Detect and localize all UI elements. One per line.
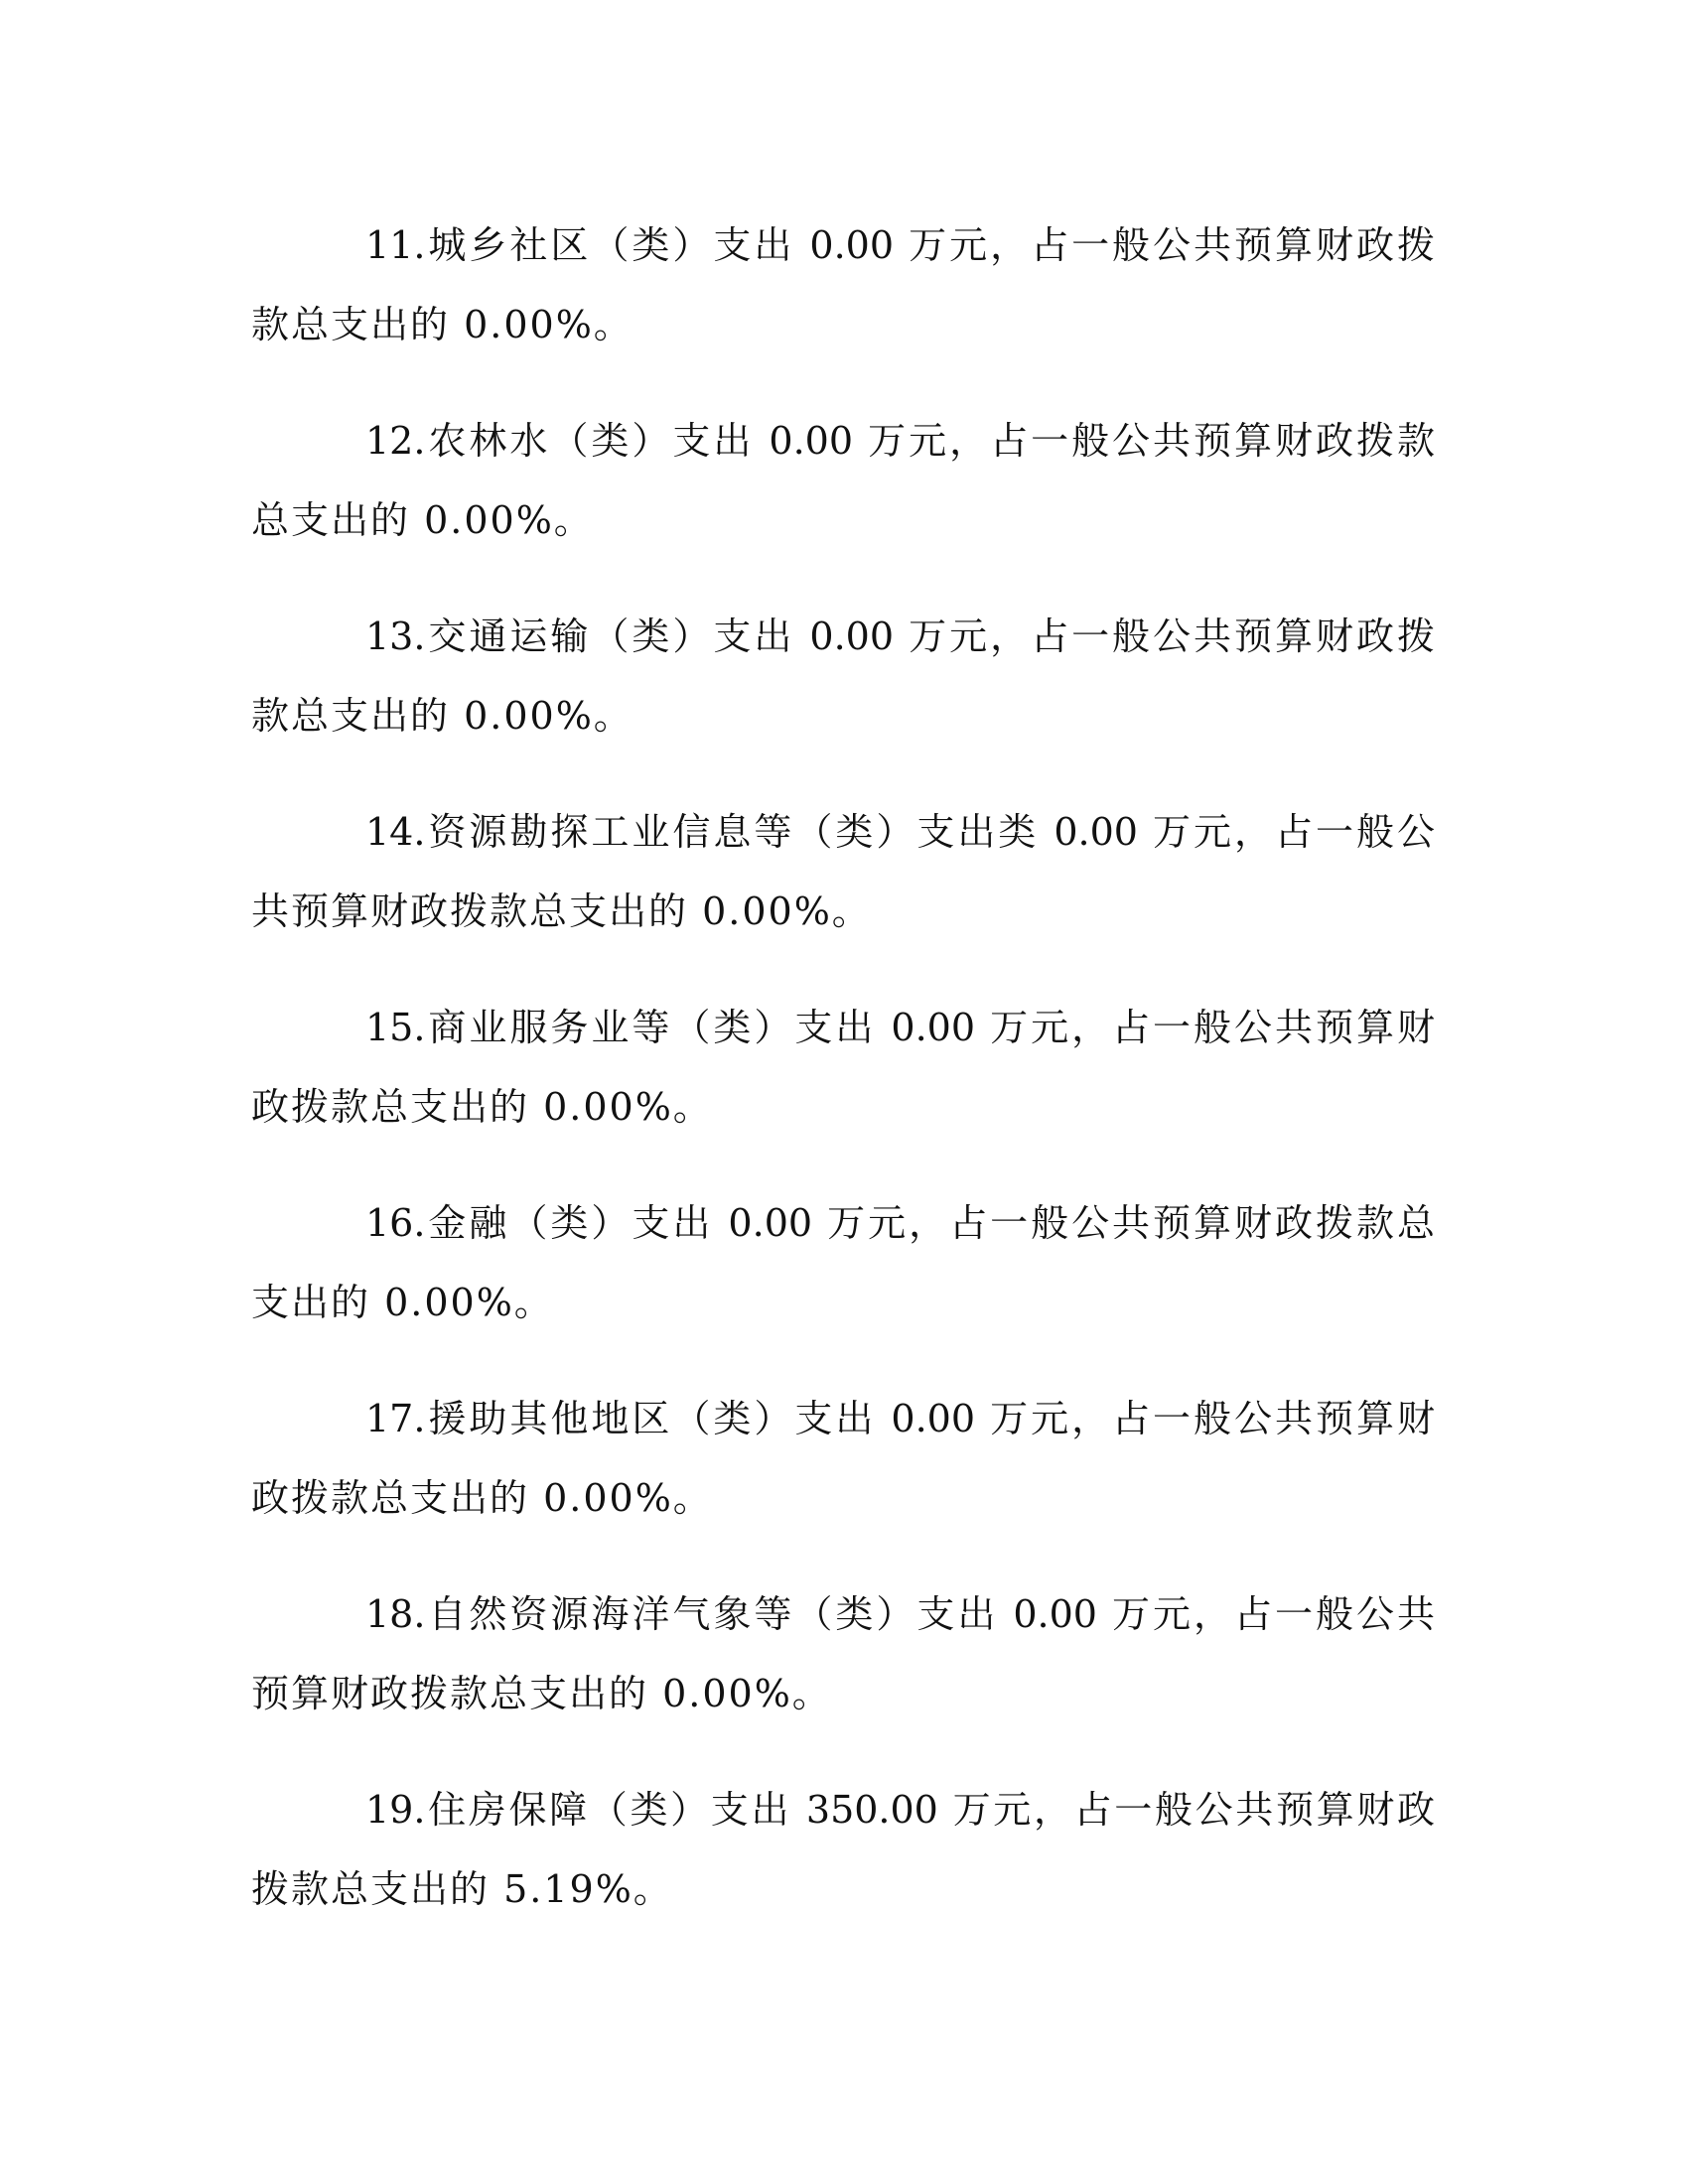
paragraph-line: 18.自然资源海洋气象等（类）支出 0.00 万元，占一般公共 bbox=[365, 1589, 1435, 1639]
paragraph-line: 政拨款总支出的 0.00%。 bbox=[251, 1082, 713, 1132]
paragraph-line: 支出的 0.00%。 bbox=[251, 1278, 554, 1327]
paragraph-line: 15.商业服务业等（类）支出 0.00 万元，占一般公共预算财 bbox=[365, 1003, 1435, 1052]
paragraph-line: 款总支出的 0.00%。 bbox=[251, 300, 633, 349]
paragraph-line: 拨款总支出的 5.19%。 bbox=[251, 1864, 673, 1914]
paragraph-line: 14.资源勘探工业信息等（类）支出类 0.00 万元，占一般公 bbox=[365, 807, 1435, 857]
paragraph-line: 19.住房保障（类）支出 350.00 万元，占一般公共预算财政 bbox=[365, 1785, 1435, 1835]
paragraph-line: 16.金融（类）支出 0.00 万元，占一般公共预算财政拨款总 bbox=[365, 1198, 1435, 1248]
paragraph-line: 17.援助其他地区（类）支出 0.00 万元，占一般公共预算财 bbox=[365, 1394, 1435, 1443]
paragraph-line: 总支出的 0.00%。 bbox=[251, 495, 594, 545]
paragraph-line: 款总支出的 0.00%。 bbox=[251, 691, 633, 741]
paragraph-line: 12.农林水（类）支出 0.00 万元，占一般公共预算财政拨款 bbox=[365, 416, 1435, 466]
paragraph-line: 13.交通运输（类）支出 0.00 万元，占一般公共预算财政拨 bbox=[365, 612, 1435, 661]
document-page: 11.城乡社区（类）支出 0.00 万元，占一般公共预算财政拨 款总支出的 0.… bbox=[0, 0, 1688, 2184]
paragraph-line: 11.城乡社区（类）支出 0.00 万元，占一般公共预算财政拨 bbox=[365, 220, 1435, 270]
paragraph-line: 共预算财政拨款总支出的 0.00%。 bbox=[251, 887, 872, 936]
paragraph-line: 预算财政拨款总支出的 0.00%。 bbox=[251, 1669, 832, 1718]
paragraph-line: 政拨款总支出的 0.00%。 bbox=[251, 1473, 713, 1523]
